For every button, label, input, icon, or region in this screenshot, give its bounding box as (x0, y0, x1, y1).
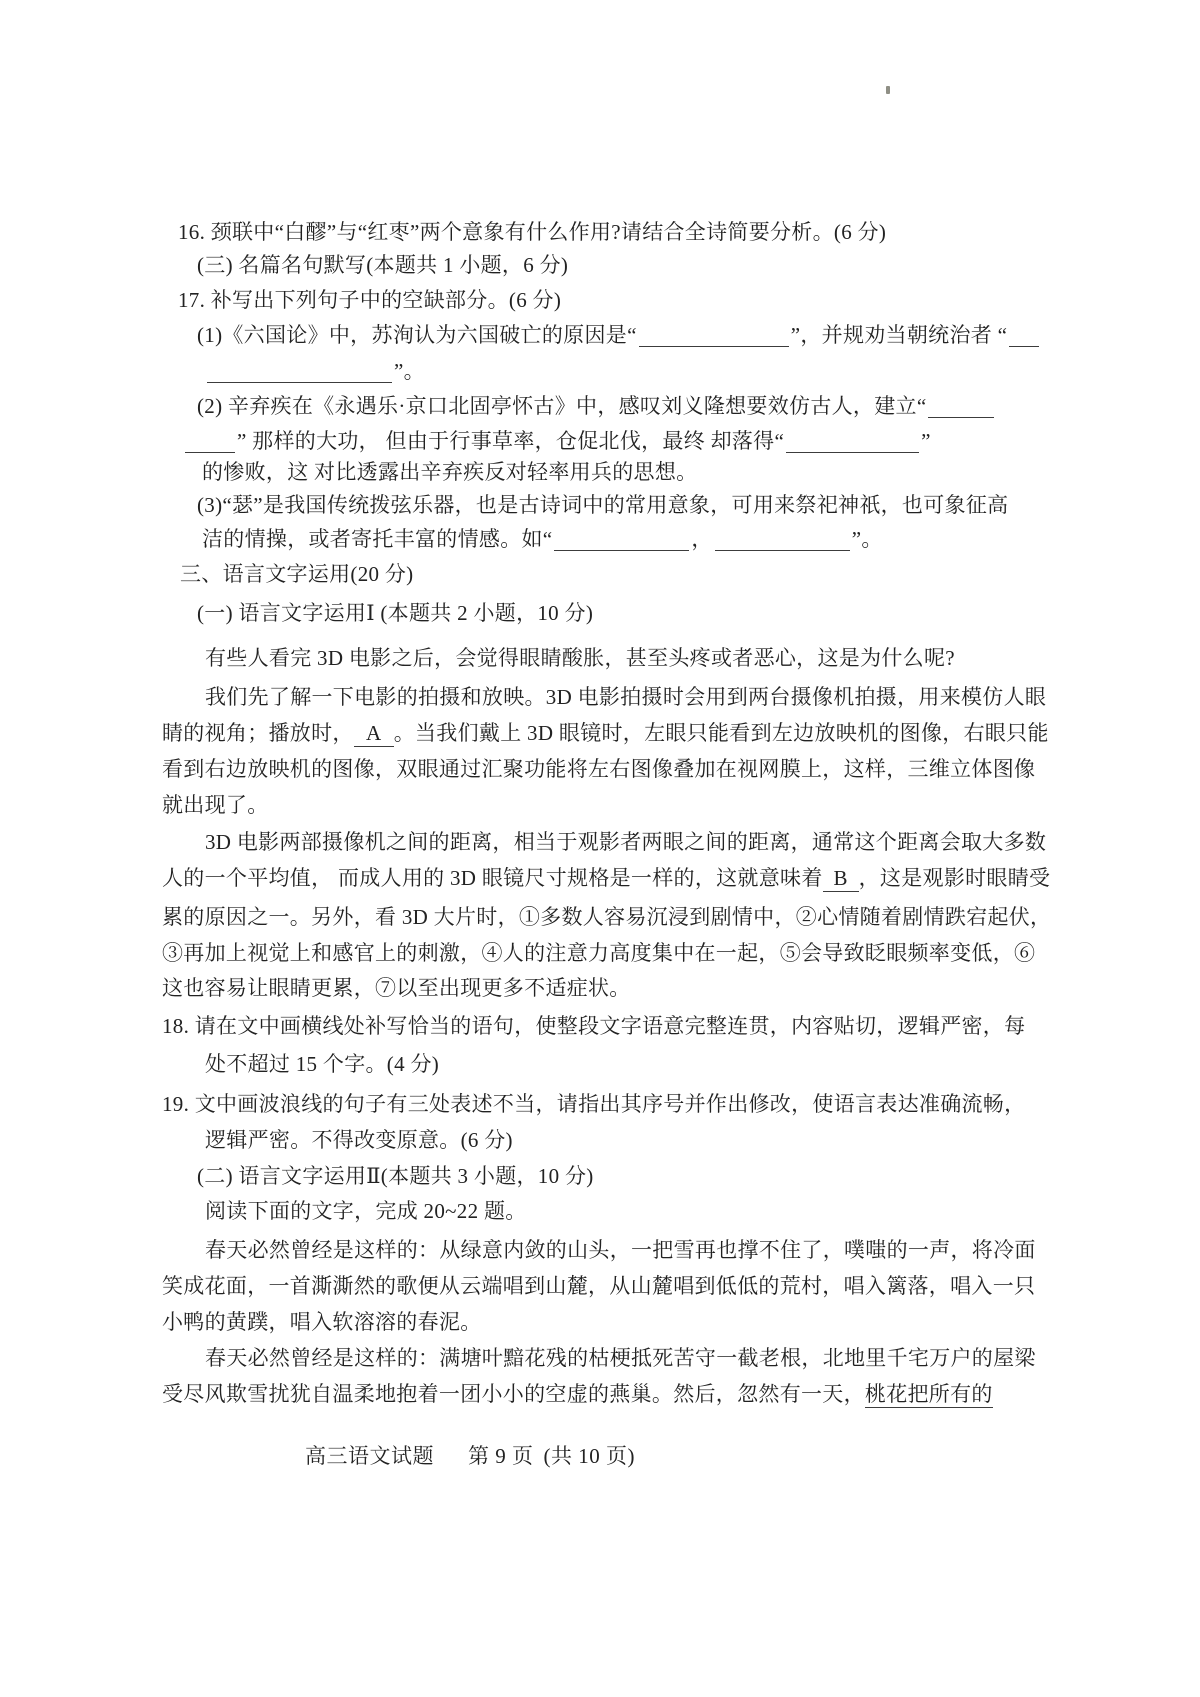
underlined-text: B (823, 865, 859, 892)
text-run: 春天必然曾经是这样的：满塘叶黯花残的枯梗抵死苦守一截老根，北地里千宅万户的屋梁 (205, 1346, 1036, 1370)
text-run: 累的原因之一。另外，看 3D 大片时，①多数人容易沉浸到剧情中，②心情随着剧情跌… (162, 905, 1051, 929)
footer-doc-title: 高三语文试题 (305, 1444, 434, 1468)
text-run: 小鸭的黄蹼，唱入软溶溶的春泥。 (162, 1310, 482, 1334)
text-line-26: 逻辑严密。不得改变原意。(6 分) (205, 1127, 513, 1153)
answer-blank (715, 529, 850, 551)
text-run: 的惨败，这 对比透露出辛弃疾反对轻率用兵的思想。 (202, 460, 697, 484)
text-run: 19. 文中画波浪线的句子有三处表述不当，请指出其序号并作出修改，使语言表达准确… (162, 1092, 1025, 1116)
scan-artifact-speck (886, 86, 890, 94)
text-run: 洁的情操，或者寄托丰富的情感。如“ (202, 527, 552, 551)
answer-blank (786, 431, 919, 453)
text-run: ， (691, 527, 712, 551)
footer-total-pages: (共 10 页) (544, 1444, 636, 1468)
text-run: (1)《六国论》中，苏洵认为六国破亡的原因是“ (197, 323, 637, 347)
underlined-text: A (354, 720, 394, 747)
text-line-17: 就出现了。 (162, 792, 269, 818)
text-run: (3)“瑟”是我国传统拨弦乐器，也是古诗词中的常用意象，可用来祭祀神祇，也可象征… (197, 493, 1008, 517)
text-run: 有些人看完 3D 电影之后，会觉得眼睛酸胀，甚至头疼或者恶心，这是为什么呢? (205, 646, 955, 670)
text-line-7: ” 那样的大功， 但由于行事草率，仓促北伐，最终 却落得“” (183, 428, 931, 454)
text-line-21: ③再加上视觉上和感官上的刺激，④人的注意力高度集中在一起，⑤会导致眨眼频率变低，… (162, 940, 1035, 966)
answer-blank (207, 361, 392, 383)
text-line-28: 阅读下面的文字，完成 20~22 题。 (205, 1198, 527, 1224)
text-line-10: 洁的情操，或者寄托丰富的情感。如“，”。 (202, 526, 883, 552)
text-line-27: (二) 语言文字运用Ⅱ(本题共 3 小题，10 分) (197, 1163, 594, 1189)
answer-blank (554, 529, 689, 551)
text-line-5: ”。 (205, 358, 425, 384)
text-line-1: 16. 颈联中“白醪”与“红枣”两个意象有什么作用?请结合全诗简要分析。(6 分… (178, 219, 886, 245)
text-run: ，这是观影时眼睛受 (859, 866, 1051, 890)
text-run: (二) 语言文字运用Ⅱ(本题共 3 小题，10 分) (197, 1164, 594, 1188)
text-run: 我们先了解一下电影的拍摄和放映。3D 电影拍摄时会用到两台摄像机拍摄，用来模仿人… (205, 685, 1046, 709)
text-run: 处不超过 15 个字。(4 分) (205, 1052, 439, 1076)
underlined-text: 桃花把所有的 (865, 1382, 993, 1408)
text-run: ” 那样的大功， 但由于行事草率，仓促北伐，最终 却落得“ (237, 429, 784, 453)
text-run: 阅读下面的文字，完成 20~22 题。 (205, 1199, 527, 1223)
text-line-31: 小鸭的黄蹼，唱入软溶溶的春泥。 (162, 1309, 482, 1335)
text-line-13: 有些人看完 3D 电影之后，会觉得眼睛酸胀，甚至头疼或者恶心，这是为什么呢? (205, 645, 955, 671)
answer-blank (185, 431, 235, 453)
text-run: 睛的视角；播放时， (162, 721, 354, 745)
text-line-18: 3D 电影两部摄像机之间的距离，相当于观影者两眼之间的距离，通常这个距离会取大多… (205, 829, 1046, 855)
text-line-14: 我们先了解一下电影的拍摄和放映。3D 电影拍摄时会用到两台摄像机拍摄，用来模仿人… (205, 684, 1046, 710)
answer-blank (928, 396, 994, 418)
text-line-22: 这也容易让眼睛更累，⑦以至出现更多不适症状。 (162, 975, 631, 1001)
text-run: ”，并规劝当朝统治者 “ (791, 323, 1008, 347)
text-run: 逻辑严密。不得改变原意。(6 分) (205, 1128, 513, 1152)
text-run: 。当我们戴上 3D 眼镜时，左眼只能看到左边放映机的图像，右眼只能 (394, 721, 1049, 745)
footer-page-number: 第 9 页 (468, 1444, 534, 1468)
text-line-25: 19. 文中画波浪线的句子有三处表述不当，请指出其序号并作出修改，使语言表达准确… (162, 1091, 1025, 1117)
text-line-19: 人的一个平均值， 而成人用的 3D 眼镜尺寸规格是一样的，这就意味着B，这是观影… (162, 865, 1050, 892)
text-line-30: 笑成花面，一首澌澌然的歌便从云端唱到山麓，从山麓唱到低低的荒村，唱入篱落，唱入一… (162, 1273, 1035, 1299)
text-run: ” (921, 429, 931, 453)
page-footer: 高三语文试题第 9 页(共 10 页) (305, 1440, 635, 1470)
text-run: 16. 颈联中“白醪”与“红枣”两个意象有什么作用?请结合全诗简要分析。(6 分… (178, 220, 886, 244)
text-line-12: (一) 语言文字运用Ⅰ (本题共 2 小题，10 分) (197, 600, 593, 626)
text-run: 三、语言文字运用(20 分) (180, 562, 413, 586)
text-run: ”。 (852, 527, 883, 551)
text-line-33: 受尽风欺雪扰犹自温柔地抱着一团小小的空虚的燕巢。然后，忽然有一天，桃花把所有的 (162, 1381, 993, 1407)
text-line-6: (2) 辛弃疾在《永遇乐·京口北固亭怀古》中，感叹刘义隆想要效仿古人，建立“ (197, 393, 996, 419)
text-run: 18. 请在文中画横线处补写恰当的语句，使整段文字语意完整连贯，内容贴切，逻辑严… (162, 1014, 1025, 1038)
text-run: 人的一个平均值， 而成人用的 3D 眼镜尺寸规格是一样的，这就意味着 (162, 866, 823, 890)
answer-blank (1009, 325, 1039, 347)
text-line-4: (1)《六国论》中，苏洵认为六国破亡的原因是“”，并规劝当朝统治者 “ (197, 322, 1041, 348)
text-run: 17. 补写出下列句子中的空缺部分。(6 分) (178, 288, 561, 312)
text-run: 这也容易让眼睛更累，⑦以至出现更多不适症状。 (162, 976, 631, 1000)
text-line-15: 睛的视角；播放时，A。当我们戴上 3D 眼镜时，左眼只能看到左边放映机的图像，右… (162, 720, 1049, 747)
text-run: 看到右边放映机的图像，双眼通过汇聚功能将左右图像叠加在视网膜上，这样，三维立体图… (162, 757, 1035, 781)
text-run: 受尽风欺雪扰犹自温柔地抱着一团小小的空虚的燕巢。然后，忽然有一天， (162, 1382, 865, 1406)
text-run: 春天必然曾经是这样的：从绿意内敛的山头，一把雪再也撑不住了，噗嗤的一声，将冷面 (205, 1238, 1036, 1262)
text-run: (2) 辛弃疾在《永遇乐·京口北固亭怀古》中，感叹刘义隆想要效仿古人，建立“ (197, 394, 926, 418)
text-run: ”。 (394, 359, 425, 383)
text-line-20: 累的原因之一。另外，看 3D 大片时，①多数人容易沉浸到剧情中，②心情随着剧情跌… (162, 904, 1051, 930)
exam-paper-page: 16. 颈联中“白醪”与“红枣”两个意象有什么作用?请结合全诗简要分析。(6 分… (0, 0, 1200, 1697)
text-run: (一) 语言文字运用Ⅰ (本题共 2 小题，10 分) (197, 601, 593, 625)
text-line-24: 处不超过 15 个字。(4 分) (205, 1051, 439, 1077)
text-line-2: (三) 名篇名句默写(本题共 1 小题，6 分) (197, 252, 568, 278)
answer-blank (639, 325, 789, 347)
text-run: 就出现了。 (162, 793, 269, 817)
text-run: 3D 电影两部摄像机之间的距离，相当于观影者两眼之间的距离，通常这个距离会取大多… (205, 830, 1046, 854)
text-line-16: 看到右边放映机的图像，双眼通过汇聚功能将左右图像叠加在视网膜上，这样，三维立体图… (162, 756, 1035, 782)
text-line-32: 春天必然曾经是这样的：满塘叶黯花残的枯梗抵死苦守一截老根，北地里千宅万户的屋梁 (205, 1345, 1036, 1371)
text-line-9: (3)“瑟”是我国传统拨弦乐器，也是古诗词中的常用意象，可用来祭祀神祇，也可象征… (197, 492, 1008, 518)
text-line-11: 三、语言文字运用(20 分) (180, 561, 413, 587)
text-line-23: 18. 请在文中画横线处补写恰当的语句，使整段文字语意完整连贯，内容贴切，逻辑严… (162, 1013, 1025, 1039)
text-run: ③再加上视觉上和感官上的刺激，④人的注意力高度集中在一起，⑤会导致眨眼频率变低，… (162, 941, 1035, 965)
text-line-8: 的惨败，这 对比透露出辛弃疾反对轻率用兵的思想。 (202, 459, 697, 485)
text-line-29: 春天必然曾经是这样的：从绿意内敛的山头，一把雪再也撑不住了，噗嗤的一声，将冷面 (205, 1237, 1036, 1263)
text-line-3: 17. 补写出下列句子中的空缺部分。(6 分) (178, 287, 561, 313)
text-run: 笑成花面，一首澌澌然的歌便从云端唱到山麓，从山麓唱到低低的荒村，唱入篱落，唱入一… (162, 1274, 1035, 1298)
text-run: (三) 名篇名句默写(本题共 1 小题，6 分) (197, 253, 568, 277)
